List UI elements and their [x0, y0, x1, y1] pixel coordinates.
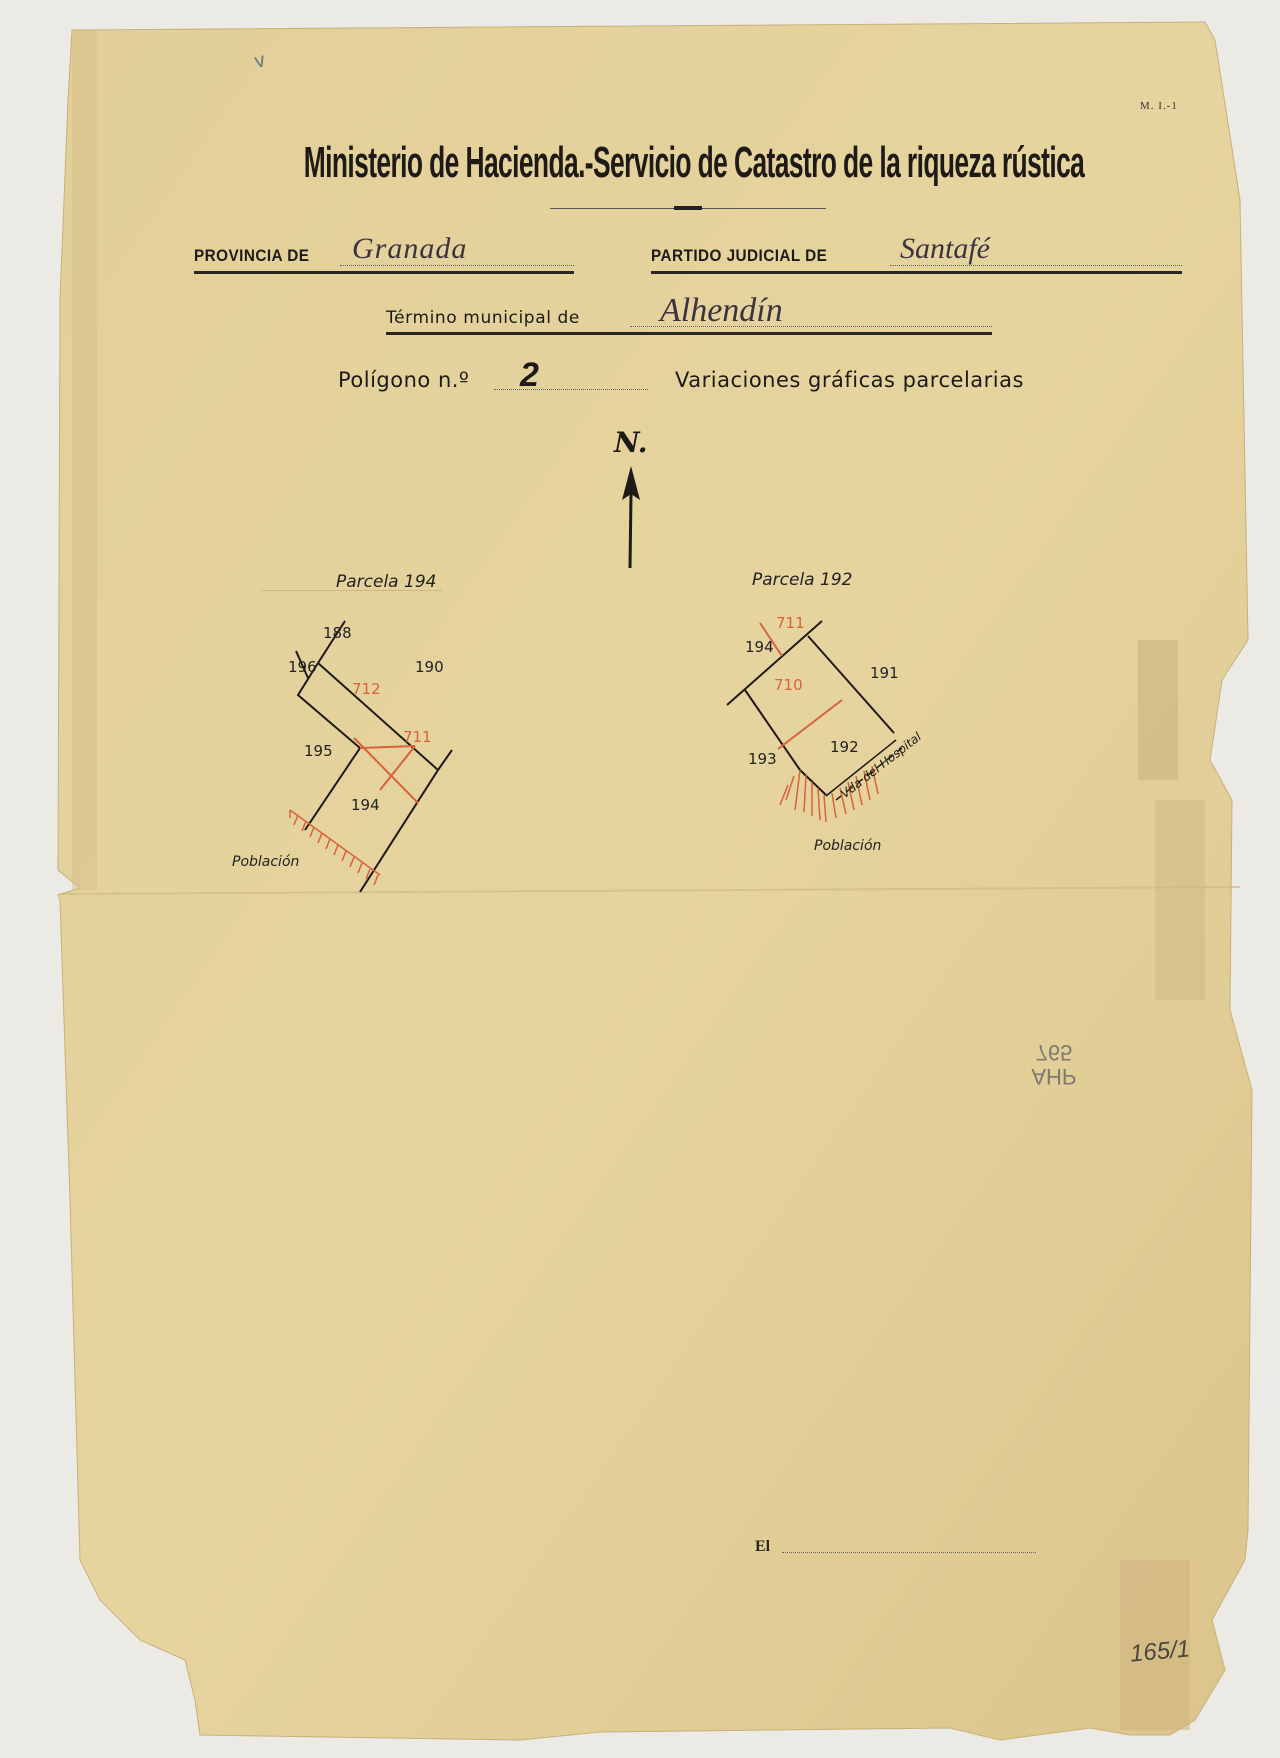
- sketch-2-drawing: [720, 600, 960, 840]
- north-arrow-icon: [616, 460, 646, 570]
- sketch-1-reference: Población: [232, 854, 299, 870]
- judicial-district-value: Santafé: [900, 232, 990, 266]
- sketch-1-neighbor: 188: [323, 624, 352, 642]
- sketch-2-neighbor: 194: [745, 638, 774, 656]
- form-code: M. I.-1: [1140, 100, 1178, 112]
- folio-number: 165/1: [1129, 1635, 1191, 1668]
- north-label: N.: [614, 426, 648, 459]
- judicial-district-underline: [651, 271, 1182, 274]
- province-label: PROVINCIA DE: [194, 246, 309, 266]
- sketch-1-new-parcel: 712: [352, 680, 381, 698]
- polygon-dots: [494, 388, 648, 390]
- sketch-1-neighbor: 196: [288, 658, 317, 676]
- sketch-2-neighbor: 192: [830, 738, 859, 756]
- municipality-label: Término municipal de: [386, 308, 580, 328]
- archive-stamp-line-1: AHP: [1024, 1064, 1084, 1088]
- sketch-1-neighbor: 195: [304, 742, 333, 760]
- sketch-2-reference: Población: [814, 838, 881, 854]
- sketch-2-neighbor: 711: [776, 614, 805, 632]
- signature-line: [782, 1551, 1036, 1553]
- province-value: Granada: [352, 232, 467, 266]
- sketch-1-neighbor: 194: [351, 796, 380, 814]
- judicial-district-label: PARTIDO JUDICIAL DE: [651, 246, 827, 266]
- document-title: Ministerio de Hacienda.-Servicio de Cata…: [280, 138, 1108, 188]
- document-page: v M. I.-1 Ministerio de Hacienda.-Servic…: [0, 0, 1280, 1758]
- archive-stamp-line-2: 765: [1024, 1040, 1084, 1064]
- municipality-underline: [386, 332, 992, 335]
- sketch-2-title: Parcela 192: [752, 570, 852, 590]
- sketch-1-new-parcel: 711: [403, 728, 432, 746]
- sketch-1-neighbor: 190: [415, 658, 444, 676]
- polygon-label: Polígono n.º: [338, 368, 469, 392]
- sketch-1-guide: [262, 590, 442, 591]
- archive-stamp: AHP 765: [1024, 1040, 1084, 1088]
- municipality-value: Alhendín: [660, 292, 783, 330]
- province-underline: [194, 271, 574, 274]
- sketch-2-neighbor: 193: [748, 750, 777, 768]
- title-rule-mark: [674, 206, 702, 210]
- sketch-2-new-parcel: 710: [774, 676, 803, 694]
- signature-label: El: [755, 1538, 770, 1556]
- subtitle: Variaciones gráficas parcelarias: [675, 368, 1024, 392]
- polygon-value: 2: [520, 356, 539, 395]
- sketch-1-title: Parcela 194: [336, 572, 436, 592]
- sketch-2-neighbor: 191: [870, 664, 899, 682]
